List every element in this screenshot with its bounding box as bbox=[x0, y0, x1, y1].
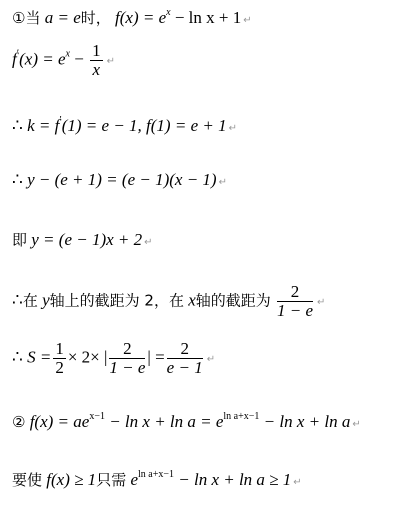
paragraph-mark-icon: ↵ bbox=[144, 237, 152, 248]
fraction-2-over-e-minus-1: 2e − 1 bbox=[167, 340, 203, 377]
fraction-2-over-1-minus-e: 21 − e bbox=[109, 340, 145, 377]
line-7-area: ∴ S =12× 2× |21 − e| =2e − 1↵ bbox=[12, 340, 215, 377]
paragraph-mark-icon: ↵ bbox=[243, 15, 251, 26]
line-9-condition: 要使 f(x) ≥ 1只需 eln a+x−1 − ln x + ln a ≥ … bbox=[12, 470, 302, 493]
circled-number-1: ① bbox=[12, 9, 25, 27]
line-2-derivative: f′(x) = ex − 1x↵ bbox=[12, 42, 115, 79]
line-4-tangent-line: ∴ y − (e + 1) = (e − 1)(x − 1)↵ bbox=[12, 170, 227, 193]
therefore-symbol: ∴ bbox=[12, 290, 23, 309]
line-3-slope: ∴ k = f′(1) = e − 1, f(1) = e + 1↵ bbox=[12, 110, 237, 139]
therefore-symbol: ∴ bbox=[12, 116, 23, 135]
paragraph-mark-icon: ↵ bbox=[219, 177, 227, 188]
line-1-case-a-equals-e: ①当 a = e时， f(x) = ex − ln x + 1↵ bbox=[12, 8, 252, 31]
paragraph-mark-icon: ↵ bbox=[293, 477, 301, 488]
paragraph-mark-icon: ↵ bbox=[352, 419, 360, 430]
paragraph-mark-icon: ↵ bbox=[107, 56, 115, 67]
fraction-one-half: 12 bbox=[53, 340, 66, 377]
line-6-intercepts: ∴在 y轴上的截距为 2，在 x轴的截距为 21 − e↵ bbox=[12, 283, 325, 320]
paragraph-mark-icon: ↵ bbox=[207, 354, 215, 365]
paragraph-mark-icon: ↵ bbox=[317, 297, 325, 308]
fraction-1-over-x: 1x bbox=[90, 42, 103, 79]
line-8-case-2: ② f(x) = aex−1 − ln x + ln a = eln a+x−1… bbox=[12, 412, 361, 435]
fraction-2-over-1-minus-e: 21 − e bbox=[277, 283, 313, 320]
paragraph-mark-icon: ↵ bbox=[229, 123, 237, 134]
line-5-simplified: 即 y = (e − 1)x + 2↵ bbox=[12, 230, 153, 253]
therefore-symbol: ∴ bbox=[12, 347, 23, 366]
circled-number-2: ② bbox=[12, 413, 25, 431]
therefore-symbol: ∴ bbox=[12, 170, 23, 189]
